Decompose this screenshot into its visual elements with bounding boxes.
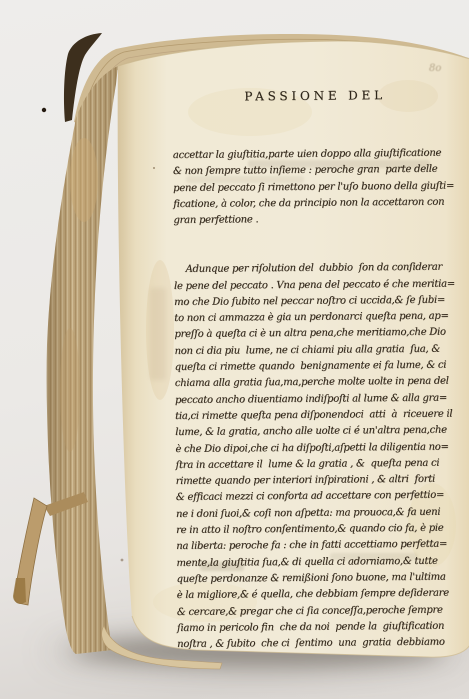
tie-strap-tip [13, 578, 26, 604]
photograph-of-book: 8o PASSIONE DEL accettar la giuſtitia,pa… [0, 0, 469, 699]
spine-blotch [70, 138, 98, 222]
spine-blotch2 [60, 328, 80, 452]
speck [42, 108, 46, 112]
paragraph-2: Adunque per riſolution del dubbio ſon da… [174, 260, 457, 654]
running-header: PASSIONE DEL [172, 87, 452, 104]
speck2 [153, 167, 155, 169]
page-text-block: PASSIONE DEL accettar la giuſtitia,parte… [172, 55, 457, 686]
paragraph-1: accettar la giuſtitia,parte uien doppo a… [173, 146, 454, 230]
margin-stain [150, 288, 166, 380]
speck3 [121, 559, 124, 562]
